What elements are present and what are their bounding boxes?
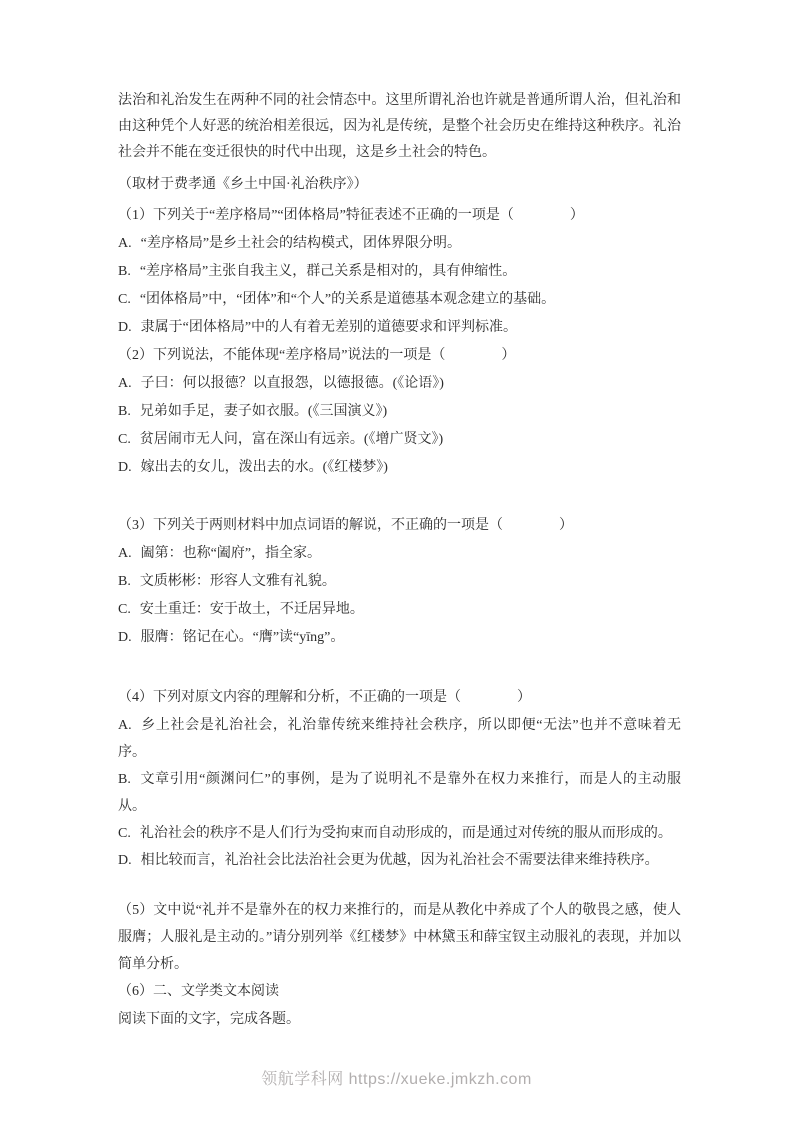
question-2-option-b: B.兄弟如手足，妻子如衣服。(《三国演义》)	[118, 398, 681, 426]
option-text: “团体格局”中，“团体”和“个人”的关系是道德基本观念建立的基础。	[140, 292, 555, 307]
question-1-option-c: C.“团体格局”中，“团体”和“个人”的关系是道德基本观念建立的基础。	[118, 286, 681, 314]
reading-instruction: 阅读下面的文字，完成各题。	[118, 1006, 681, 1034]
question-1-stem: （1）下列关于“差序格局”“团体格局”特征表述不正确的一项是（ ）	[118, 202, 681, 230]
option-letter: C.	[118, 602, 131, 617]
option-text: 嫁出去的女儿，泼出去的水。(《红楼梦》)	[141, 460, 388, 475]
question-6-heading: （6）二、文学类文本阅读	[118, 978, 681, 1006]
question-3-option-d: D.服膺：铭记在心。“膺”读“yīng”。	[118, 624, 681, 652]
option-text: 子曰：何以报德？以直报怨，以德报德。(《论语》)	[141, 376, 444, 391]
option-letter: B.	[118, 772, 131, 787]
intro-paragraph: 法治和礼治发生在两种不同的社会情态中。这里所谓礼治也许就是普通所谓人治，但礼治和…	[118, 88, 681, 166]
question-3-option-c: C.安土重迁：安于故土，不迁居异地。	[118, 596, 681, 624]
option-text: “差序格局”是乡土社会的结构模式，团体界限分明。	[141, 236, 461, 251]
option-text: 阖第：也称“阖府”，指全家。	[141, 546, 321, 561]
option-letter: B.	[118, 264, 131, 279]
option-letter: D.	[118, 320, 132, 335]
question-4-stem: （4）下列对原文内容的理解和分析，不正确的一项是（ ）	[118, 684, 681, 712]
option-text: 礼治社会的秩序不是人们行为受拘束而自动形成的，而是通过对传统的服从而形成的。	[140, 826, 672, 841]
question-5-text: （5）文中说“礼并不是靠外在的权力来推行的，而是从教化中养成了个人的敬畏之感，使…	[118, 897, 681, 978]
question-3-stem: （3）下列关于两则材料中加点词语的解说，不正确的一项是（ ）	[118, 512, 681, 540]
option-letter: C.	[118, 292, 131, 307]
option-text: 文质彬彬：形容人文雅有礼貌。	[140, 574, 336, 589]
question-1-option-a: A.“差序格局”是乡土社会的结构模式，团体界限分明。	[118, 230, 681, 258]
exam-document-page: 法治和礼治发生在两种不同的社会情态中。这里所谓礼治也许就是普通所谓人治，但礼治和…	[0, 0, 793, 1122]
question-2-option-d: D.嫁出去的女儿，泼出去的水。(《红楼梦》)	[118, 454, 681, 482]
question-4-option-d: D.相比较而言，礼治社会比法治社会更为优越，因为礼治社会不需要法律来维持秩序。	[118, 847, 681, 874]
question-4-option-a: A.乡上社会是礼治社会，礼治靠传统来维持社会秩序，所以即便“无法”也并不意味着无…	[118, 712, 681, 766]
question-3-option-a: A.阖第：也称“阖府”，指全家。	[118, 540, 681, 568]
option-text: “差序格局”主张自我主义，群己关系是相对的，具有伸缩性。	[140, 264, 516, 279]
question-2-stem: （2）下列说法，不能体现“差序格局”说法的一项是（ ）	[118, 342, 681, 370]
source-attribution: （取材于费孝通《乡土中国·礼治秩序》）	[118, 171, 681, 199]
option-letter: D.	[118, 630, 132, 645]
question-1-option-b: B.“差序格局”主张自我主义，群己关系是相对的，具有伸缩性。	[118, 258, 681, 286]
option-letter: D.	[118, 853, 132, 868]
option-letter: C.	[118, 432, 131, 447]
option-text: 乡上社会是礼治社会，礼治靠传统来维持社会秩序，所以即便“无法”也并不意味着无序。	[118, 718, 681, 760]
option-text: 贫居闹市无人问，富在深山有远亲。(《增广贤文》)	[140, 432, 443, 447]
question-1-option-d: D.隶属于“团体格局”中的人有着无差别的道德要求和评判标准。	[118, 314, 681, 342]
site-watermark: 领航学科网 https://xueke.jmkzh.com	[0, 1066, 793, 1089]
question-4-option-c: C.礼治社会的秩序不是人们行为受拘束而自动形成的，而是通过对传统的服从而形成的。	[118, 820, 681, 847]
option-letter: A.	[118, 236, 132, 251]
option-text: 隶属于“团体格局”中的人有着无差别的道德要求和评判标准。	[141, 320, 517, 335]
option-text: 安土重迁：安于故土，不迁居异地。	[140, 602, 364, 617]
option-text: 文章引用“颜渊问仁”的事例，是为了说明礼不是靠外在权力来推行，而是人的主动服从。	[118, 772, 681, 814]
option-letter: A.	[118, 376, 132, 391]
option-letter: C.	[118, 826, 131, 841]
question-2-option-c: C.贫居闹市无人问，富在深山有远亲。(《增广贤文》)	[118, 426, 681, 454]
option-text: 兄弟如手足，妻子如衣服。(《三国演义》)	[140, 404, 387, 419]
question-4-option-b: B.文章引用“颜渊问仁”的事例，是为了说明礼不是靠外在权力来推行，而是人的主动服…	[118, 766, 681, 820]
option-text: 服膺：铭记在心。“膺”读“yīng”。	[141, 630, 345, 645]
document-body: 法治和礼治发生在两种不同的社会情态中。这里所谓礼治也许就是普通所谓人治，但礼治和…	[118, 88, 681, 1034]
option-letter: B.	[118, 574, 131, 589]
question-2-option-a: A.子曰：何以报德？以直报怨，以德报德。(《论语》)	[118, 370, 681, 398]
option-letter: D.	[118, 460, 132, 475]
option-letter: B.	[118, 404, 131, 419]
question-3-option-b: B.文质彬彬：形容人文雅有礼貌。	[118, 568, 681, 596]
option-letter: A.	[118, 546, 132, 561]
option-text: 相比较而言，礼治社会比法治社会更为优越，因为礼治社会不需要法律来维持秩序。	[141, 853, 659, 868]
option-letter: A.	[118, 718, 132, 733]
